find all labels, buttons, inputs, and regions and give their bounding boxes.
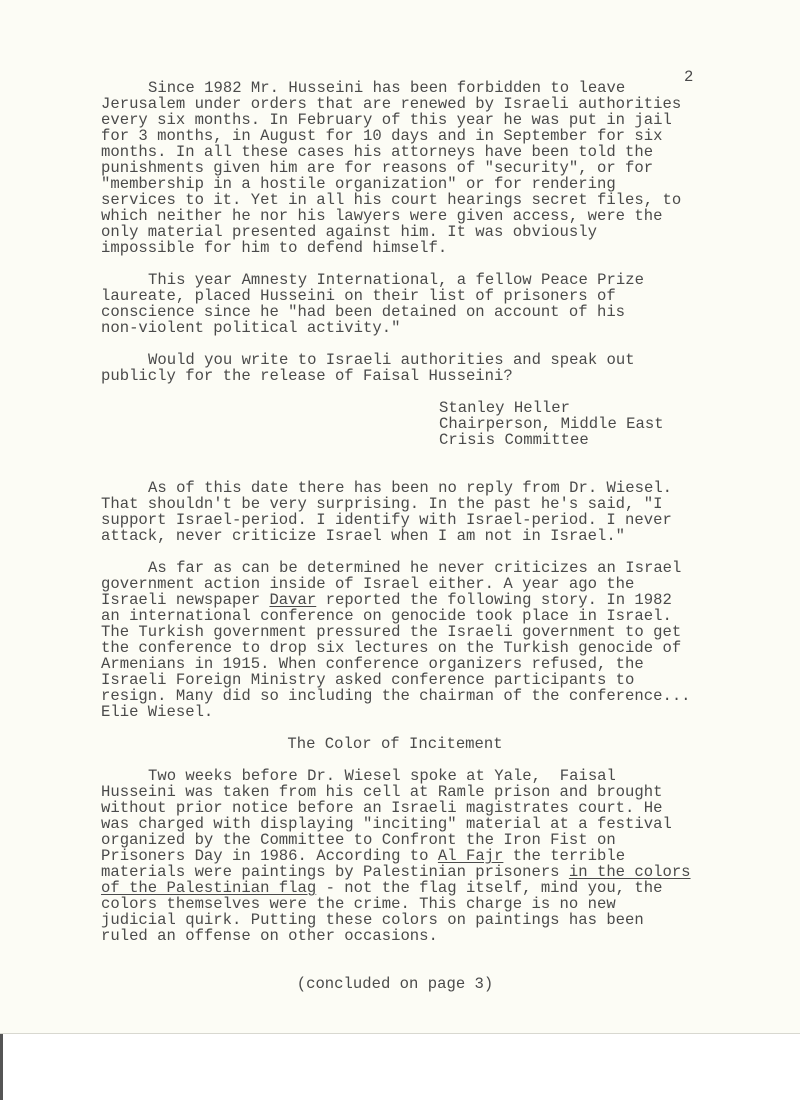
- text-line: government action inside of Israel eithe…: [101, 576, 721, 592]
- text-line: support Israel-period. I identify with I…: [101, 512, 721, 528]
- text-line: Israeli Foreign Ministry asked conferenc…: [101, 672, 721, 688]
- text-line: materials were paintings by Palestinian …: [101, 864, 721, 880]
- paragraph-no-reply: As of this date there has been no reply …: [101, 480, 721, 544]
- text-line: non-violent political activity.": [101, 320, 721, 336]
- signature-name: Stanley Heller: [101, 400, 721, 416]
- text-line: As far as can be determined he never cri…: [101, 560, 721, 576]
- text-line: colors themselves were the crime. This c…: [101, 896, 721, 912]
- continuation-note: (concluded on page 3): [101, 976, 689, 992]
- text-line: ruled an offense on other occasions.: [101, 928, 721, 944]
- text-line: of the Palestinian flag - not the flag i…: [101, 880, 721, 896]
- signature-org: Crisis Committee: [101, 432, 721, 448]
- text-line: without prior notice before an Israeli m…: [101, 800, 721, 816]
- text-line: conscience since he "had been detained o…: [101, 304, 721, 320]
- text-line: The Turkish government pressured the Isr…: [101, 624, 721, 640]
- text-line: Prisoners Day in 1986. According to Al F…: [101, 848, 721, 864]
- text-line: resign. Many did so including the chairm…: [101, 688, 721, 704]
- text-line: "membership in a hostile organization" o…: [101, 176, 721, 192]
- text-line: laureate, placed Husseini on their list …: [101, 288, 721, 304]
- text-line: organized by the Committee to Confront t…: [101, 832, 721, 848]
- paragraph-detention: Since 1982 Mr. Husseini has been forbidd…: [101, 80, 721, 256]
- document-body: Since 1982 Mr. Husseini has been forbidd…: [101, 80, 721, 992]
- text-line: which neither he nor his lawyers were gi…: [101, 208, 721, 224]
- text-line: services to it. Yet in all his court hea…: [101, 192, 721, 208]
- text-line: was charged with displaying "inciting" m…: [101, 816, 721, 832]
- paragraph-davar: As far as can be determined he never cri…: [101, 560, 721, 720]
- text-line: judicial quirk. Putting these colors on …: [101, 912, 721, 928]
- text-line: for 3 months, in August for 10 days and …: [101, 128, 721, 144]
- text-line: Israeli newspaper Davar reported the fol…: [101, 592, 721, 608]
- paragraph-amnesty: This year Amnesty International, a fello…: [101, 272, 721, 336]
- text-line: Jerusalem under orders that are renewed …: [101, 96, 721, 112]
- signature-title: Chairperson, Middle East: [101, 416, 721, 432]
- scan-edge: [0, 1034, 3, 1100]
- text-line: Would you write to Israeli authorities a…: [101, 352, 721, 368]
- text-line: Elie Wiesel.: [101, 704, 721, 720]
- text-line: publicly for the release of Faisal Husse…: [101, 368, 721, 384]
- text-line: months. In all these cases his attorneys…: [101, 144, 721, 160]
- paragraph-incitement: Two weeks before Dr. Wiesel spoke at Yal…: [101, 768, 721, 944]
- text-line: That shouldn't be very surprising. In th…: [101, 496, 721, 512]
- text-line: impossible for him to defend himself.: [101, 240, 721, 256]
- text-line: only material presented against him. It …: [101, 224, 721, 240]
- text-line: Armenians in 1915. When conference organ…: [101, 656, 721, 672]
- text-line: punishments given him are for reasons of…: [101, 160, 721, 176]
- text-line: This year Amnesty International, a fello…: [101, 272, 721, 288]
- text-line: an international conference on genocide …: [101, 608, 721, 624]
- text-line: attack, never criticize Israel when I am…: [101, 528, 721, 544]
- paragraph-request: Would you write to Israeli authorities a…: [101, 352, 721, 384]
- section-heading: The Color of Incitement: [101, 736, 689, 752]
- text-line: Husseini was taken from his cell at Raml…: [101, 784, 721, 800]
- text-line: Two weeks before Dr. Wiesel spoke at Yal…: [101, 768, 721, 784]
- signature-block: Stanley Heller Chairperson, Middle East …: [101, 400, 721, 448]
- text-line: Since 1982 Mr. Husseini has been forbidd…: [101, 80, 721, 96]
- text-line: As of this date there has been no reply …: [101, 480, 721, 496]
- text-line: the conference to drop six lectures on t…: [101, 640, 721, 656]
- text-line: every six months. In February of this ye…: [101, 112, 721, 128]
